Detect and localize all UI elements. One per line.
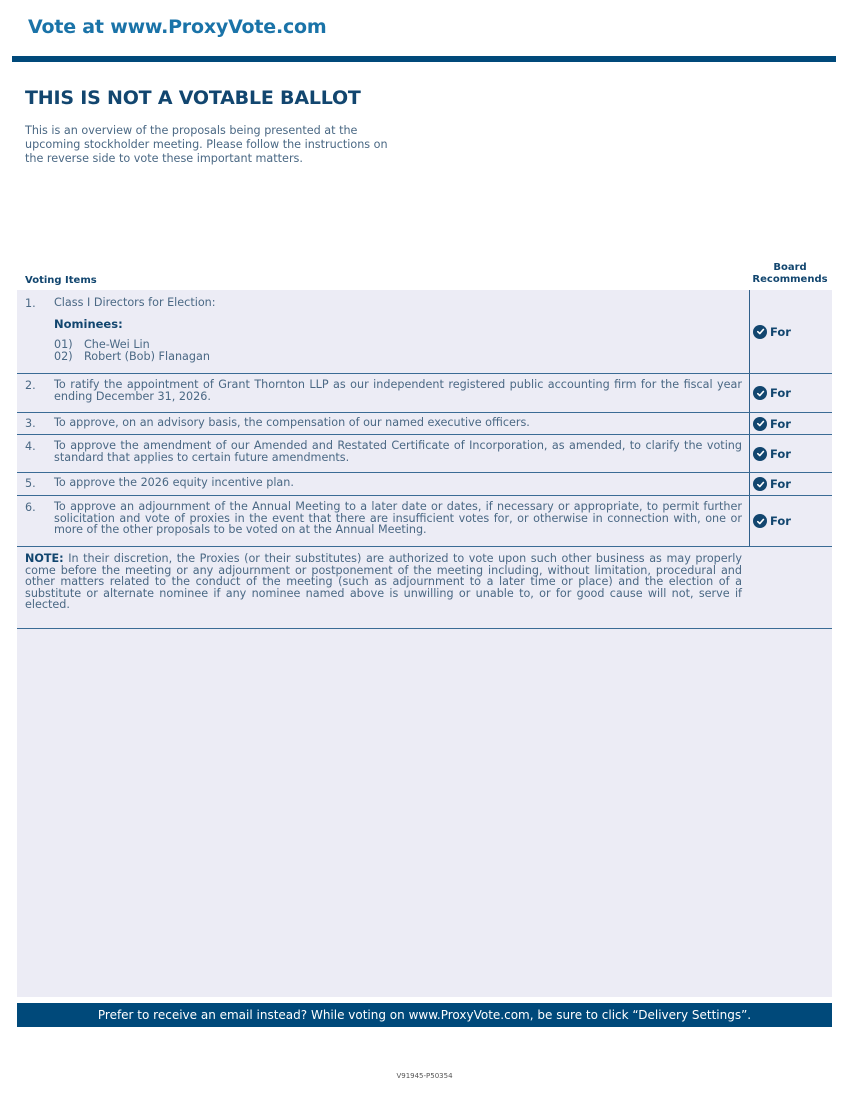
note-text: NOTE: In their discretion, the Proxies (… [25, 553, 742, 611]
nominee: 02) Robert (Bob) Flanagan [54, 351, 742, 363]
item-text: To approve an adjournment of the Annual … [54, 501, 742, 536]
intro-line: the reverse side to vote these important… [25, 152, 445, 166]
intro-text: This is an overview of the proposals bei… [25, 124, 445, 166]
board-recommendation: For [749, 496, 832, 546]
item-text: To approve the amendment of our Amended … [54, 440, 742, 463]
document-code: V91945-P50354 [0, 1072, 849, 1080]
voting-item-1: 1. Class I Directors for Election: Nomin… [17, 290, 832, 374]
intro-line: This is an overview of the proposals bei… [25, 124, 445, 138]
voting-item-6: 6. To approve an adjournment of the Annu… [17, 496, 832, 547]
item-text: Class I Directors for Election: Nominees… [54, 297, 742, 362]
board-recommendation: For [749, 374, 832, 412]
note-row: NOTE: In their discretion, the Proxies (… [17, 547, 832, 629]
check-circle-icon [753, 447, 767, 461]
page-title: THIS IS NOT A VOTABLE BALLOT [25, 87, 361, 109]
voting-item-2: 2. To ratify the appointment of Grant Th… [17, 374, 832, 413]
voting-item-4: 4. To approve the amendment of our Amend… [17, 435, 832, 473]
check-circle-icon [753, 386, 767, 400]
item-number: 6. [25, 501, 36, 514]
nominee-list: 01) Che-Wei Lin 02) Robert (Bob) Flanaga… [54, 339, 742, 362]
item-text: To approve the 2026 equity incentive pla… [54, 477, 742, 489]
item-number: 1. [25, 297, 36, 310]
intro-line: upcoming stockholder meeting. Please fol… [25, 138, 445, 152]
header-rule [12, 56, 836, 62]
board-recommendation: For [749, 290, 832, 373]
item-text: To approve, on an advisory basis, the co… [54, 417, 742, 429]
nominee: 01) Che-Wei Lin [54, 339, 742, 351]
item-number: 5. [25, 477, 36, 490]
board-recommends-header: Board Recommends [748, 262, 832, 286]
check-circle-icon [753, 417, 767, 431]
voting-items-header: Voting Items [25, 275, 97, 286]
voting-items-panel: 1. Class I Directors for Election: Nomin… [17, 290, 832, 997]
vote-link[interactable]: Vote at www.ProxyVote.com [28, 16, 327, 38]
item-number: 3. [25, 417, 36, 430]
email-delivery-banner[interactable]: Prefer to receive an email instead? Whil… [17, 1003, 832, 1027]
board-recommendation: For [749, 435, 832, 472]
check-circle-icon [753, 514, 767, 528]
nominees-heading: Nominees: [54, 319, 742, 331]
board-recommendation: For [749, 473, 832, 495]
voting-item-3: 3. To approve, on an advisory basis, the… [17, 413, 832, 435]
check-circle-icon [753, 477, 767, 491]
check-circle-icon [753, 325, 767, 339]
item-text: To ratify the appointment of Grant Thorn… [54, 379, 742, 402]
item-number: 2. [25, 379, 36, 392]
board-recommendation: For [749, 413, 832, 434]
item-number: 4. [25, 440, 36, 453]
voting-item-5: 5. To approve the 2026 equity incentive … [17, 473, 832, 496]
